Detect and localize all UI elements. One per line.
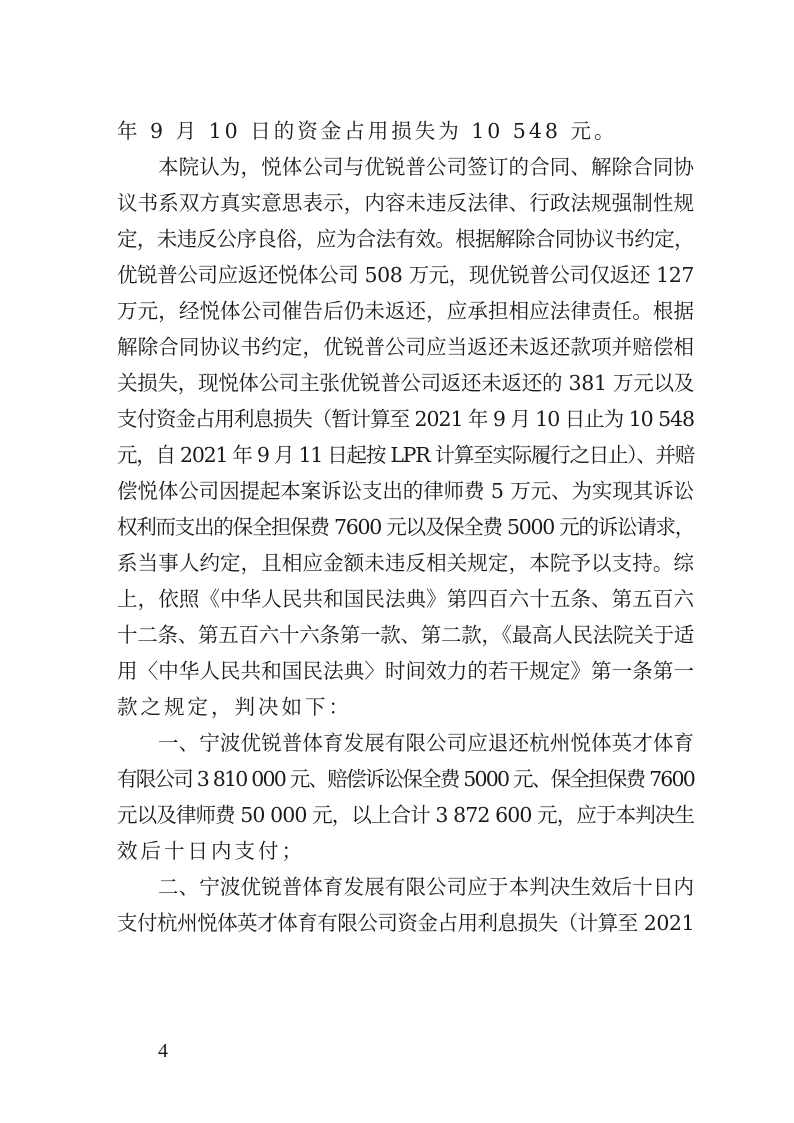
- document-page: 年 9 月 10 日的资金占用损失为 10 548 元。 本院认为，悦体公司与优…: [0, 0, 794, 1123]
- text-line: 定，未违反公序良俗，应为合法有效。根据解除合同协议书约定，: [117, 221, 694, 257]
- paragraph-court-opinion-start: 本院认为，悦体公司与优锐普公司签订的合同、解除合同协: [117, 149, 694, 185]
- text-line: 有限公司 3 810 000 元、赔偿诉讼保全费 5000 元、保全担保费 76…: [117, 761, 694, 797]
- text-line: 偿悦体公司因提起本案诉讼支出的律师费 5 万元、为实现其诉讼: [117, 473, 694, 509]
- text-line: 元，自 2021 年 9 月 11 日起按 LPR 计算至实际履行之日止）、并赔: [117, 437, 694, 473]
- judgment-item-2-start: 二、宁波优锐普体育发展有限公司应于本判决生效后十日内: [117, 869, 694, 905]
- text-line: 系当事人约定，且相应金额未违反相关规定，本院予以支持。综: [117, 545, 694, 581]
- text-line: 解除合同协议书约定，优锐普公司应当返还未返还款项并赔偿相: [117, 329, 694, 365]
- text-line: 权利而支出的保全担保费 7600 元以及保全费 5000 元的诉讼请求，: [117, 509, 694, 545]
- text-line: 上，依照《中华人民共和国民法典》第四百六十五条、第五百六: [117, 581, 694, 617]
- text-line: 效后十日内支付；: [117, 833, 694, 869]
- text-line: 年 9 月 10 日的资金占用损失为 10 548 元。: [117, 113, 694, 149]
- text-line: 支付杭州悦体英才体育有限公司资金占用利息损失（计算至 2021: [117, 905, 694, 941]
- text-line: 优锐普公司应返还悦体公司 508 万元，现优锐普公司仅返还 127: [117, 257, 694, 293]
- text-line: 用〈中华人民共和国民法典〉时间效力的若干规定》第一条第一: [117, 653, 694, 689]
- text-line: 支付资金占用利息损失（暂计算至 2021 年 9 月 10 日止为 10 548: [117, 401, 694, 437]
- page-number: 4: [158, 1040, 168, 1063]
- text-line: 十二条、第五百六十六条第一款、第二款，《最高人民法院关于适: [117, 617, 694, 653]
- judgment-item-1-start: 一、宁波优锐普体育发展有限公司应退还杭州悦体英才体育: [117, 725, 694, 761]
- judgment-body-text: 年 9 月 10 日的资金占用损失为 10 548 元。 本院认为，悦体公司与优…: [117, 113, 694, 941]
- text-line: 关损失，现悦体公司主张优锐普公司返还未返还的 381 万元以及: [117, 365, 694, 401]
- text-line: 万元，经悦体公司催告后仍未返还，应承担相应法律责任。根据: [117, 293, 694, 329]
- text-line: 款之规定，判决如下：: [117, 689, 694, 725]
- text-line: 元以及律师费 50 000 元，以上合计 3 872 600 元，应于本判决生: [117, 797, 694, 833]
- text-line: 议书系双方真实意思表示，内容未违反法律、行政法规强制性规: [117, 185, 694, 221]
